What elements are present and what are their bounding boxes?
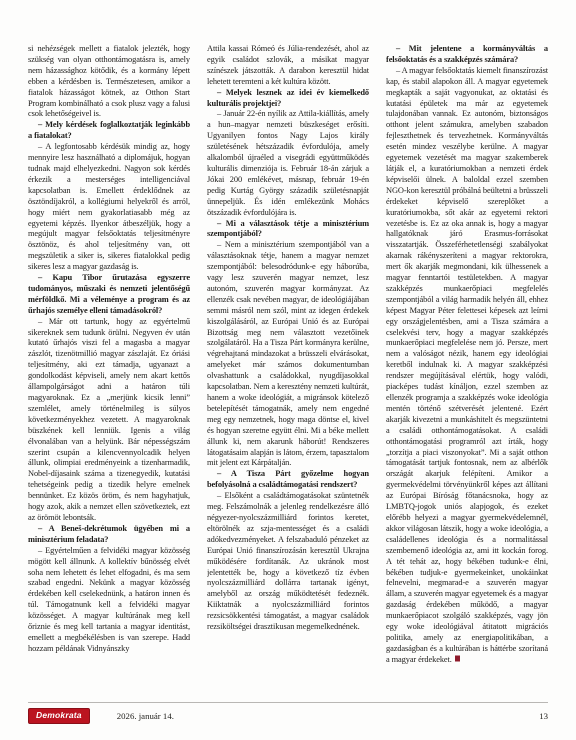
page-number: 13 — [539, 711, 548, 721]
interview-question: – Kapu Tibor űrutazása egyszerre tudomán… — [28, 273, 190, 317]
article-paragraph: si nehézségek mellett a fiatalok jelezté… — [28, 44, 190, 120]
article-paragraph: – Egyértelműen a felvidéki magyar közöss… — [28, 546, 190, 655]
interview-question: – Mi a választások tétje a minisztérium … — [207, 219, 369, 241]
interview-question: – Melyek lesznek az idei év kiemelkedő k… — [207, 88, 369, 110]
magazine-page: si nehézségek mellett a fiatalok jelezté… — [0, 0, 576, 740]
column-3: – Mit jelentene a kormányváltás a felsőo… — [386, 44, 548, 699]
article-paragraph: – Elsőként a családtámogatásokat szüntet… — [207, 491, 369, 633]
article-paragraph: – Január 22-én nyílik az Attila-kiállítá… — [207, 109, 369, 218]
article-paragraph: – A legfontosabb kérdésük mindig az, hog… — [28, 142, 190, 273]
page-footer: Demokrata 2026. január 14. 13 — [28, 707, 548, 725]
article-body: si nehézségek mellett a fiatalok jelezté… — [28, 44, 548, 699]
article-paragraph: Attila kassai Rómeó és Júlia-rendezését,… — [207, 44, 369, 88]
column-2: Attila kassai Rómeó és Júlia-rendezését,… — [207, 44, 369, 699]
issue-date: 2026. január 14. — [117, 711, 174, 721]
interview-question: – A Tisza Párt győzelme hogyan befolyáso… — [207, 469, 369, 491]
column-1: si nehézségek mellett a fiatalok jelezté… — [28, 44, 190, 699]
article-paragraph: – Nem a minisztérium szempontjából van a… — [207, 240, 369, 469]
interview-question: – Mely kérdések foglalkoztatják leginkáb… — [28, 120, 190, 142]
article-paragraph: – Már ott tartunk, hogy az egyértelmű si… — [28, 317, 190, 524]
interview-question: – Mit jelentene a kormányváltás a felsőo… — [386, 44, 548, 66]
footer-divider — [28, 702, 548, 703]
magazine-logo: Demokrata — [28, 708, 90, 724]
article-paragraph: – A magyar felsőoktatás kiemelt finanszí… — [386, 66, 548, 666]
article-end-mark-icon — [455, 656, 461, 662]
interview-question: – A Beneš-dekrétumok ügyében mi a minisz… — [28, 524, 190, 546]
